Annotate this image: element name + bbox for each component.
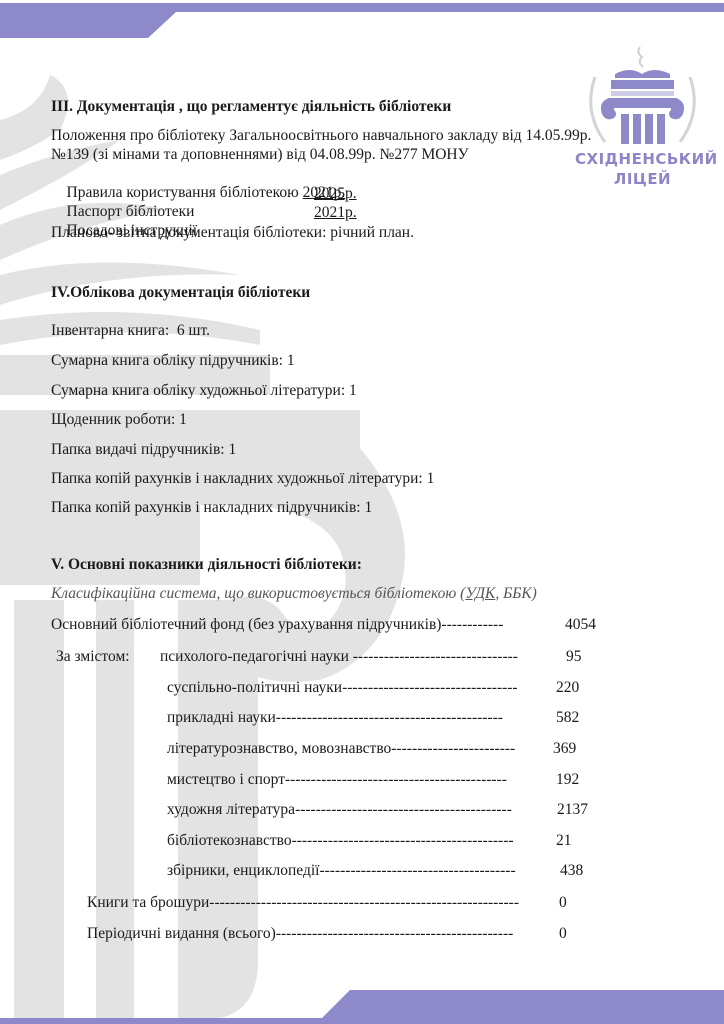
by-content-label: За змістом: [56,648,130,666]
content-row-value: 220 [556,679,579,697]
content-row-value: 95 [566,648,582,666]
accounting-item: Інвентарна книга: 6 шт. [51,322,210,340]
accounting-item: Папка видачі підручників: 1 [51,441,236,459]
content-row-label: психолого-педагогічні науки ------------… [160,648,518,666]
section-3-line-2: №139 (зі мінами та доповненнями) від 04.… [51,146,469,164]
accounting-item: Сумарна книга обліку художньої літератур… [51,382,357,400]
content-row-value: 438 [560,862,583,880]
accounting-item: Папка копій рахунків і накладних підручн… [51,499,372,517]
content-row-label: бібліотекознавство----------------------… [167,832,514,850]
accounting-item: Папка копій рахунків і накладних художнь… [51,470,434,488]
content-row-value: 2137 [557,801,588,819]
main-fund-value: 4054 [565,616,596,634]
content-row-value: 21 [556,832,572,850]
total-row-value: 0 [559,925,567,943]
content-row-label: прикладні науки-------------------------… [167,709,503,727]
section-4-title: IV.Облікова документація бібліотеки [51,284,310,302]
content-row-value: 192 [556,771,579,789]
doc-item-year: 2025р. [314,185,357,203]
section-3-title: III. Документація , що регламентує діяль… [51,98,451,116]
content-row-label: художня література----------------------… [167,801,512,819]
classification-line: Класифікаційна система, що використовуєт… [51,585,537,603]
content-row-label: збірники, енциклопедії------------------… [167,862,516,880]
doc-item-year: 2021р. [314,204,357,222]
classification-suffix: , ББК) [495,585,537,602]
content-row-label: мистецтво і спорт-----------------------… [167,771,507,789]
total-row-value: 0 [559,894,567,912]
total-row-label: Книги та брошури------------------------… [87,894,519,912]
section-3-line-1: Положення про бібліотеку Загальноосвітнь… [51,127,591,145]
main-fund-label: Основний бібліотечний фонд (без урахуван… [51,616,503,634]
content-row-label: суспільно-політичні науки---------------… [167,679,518,697]
classification-prefix: Класифікаційна система, що використовуєт… [51,585,465,602]
total-row-label: Періодичні видання (всього)-------------… [87,925,513,943]
section-3-line-last: Планово- звітна документація бібліотеки:… [51,224,414,242]
content-row-label: літературознавство, мовознавство--------… [167,740,515,758]
content-row-value: 582 [556,709,579,727]
accounting-item: Сумарна книга обліку підручників: 1 [51,352,295,370]
classification-udk: УДК [465,585,495,602]
section-5-title: V. Основні показники діяльності бібліоте… [51,556,362,574]
content-row-value: 369 [553,740,576,758]
accounting-item: Щоденник роботи: 1 [51,411,187,429]
